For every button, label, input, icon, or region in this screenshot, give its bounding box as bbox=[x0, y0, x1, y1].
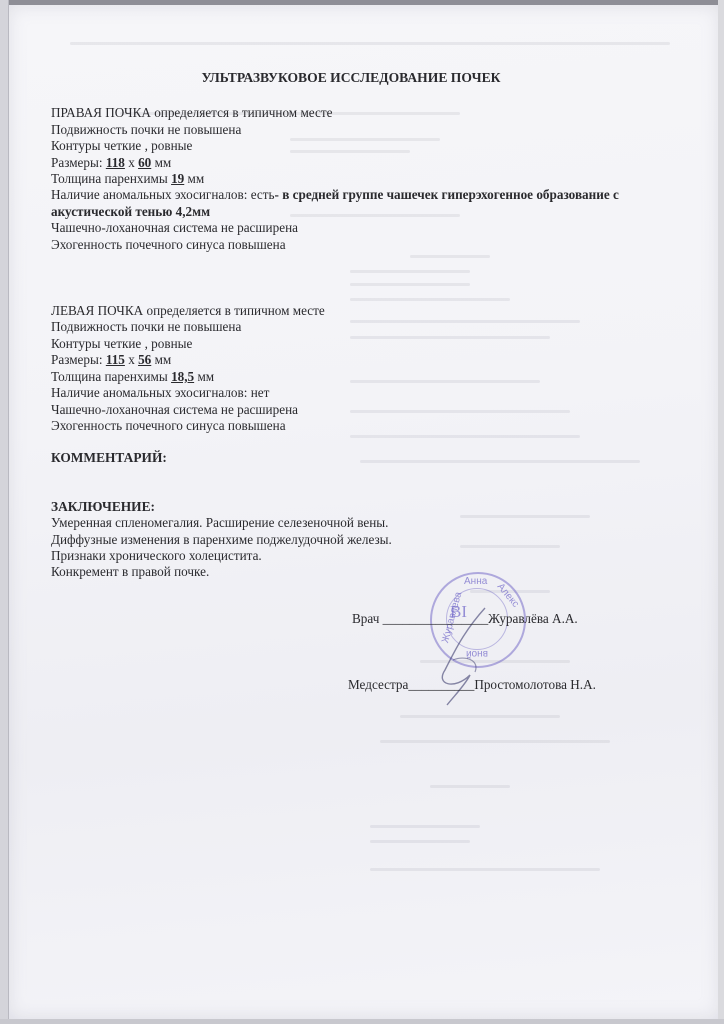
conclusion-section: ЗАКЛЮЧЕНИЕ: Умеренная спленомегалия. Рас… bbox=[51, 499, 701, 581]
size-length: 115 bbox=[106, 352, 125, 367]
location-text: определяется в типичном месте bbox=[151, 105, 333, 120]
right-kidney-size: Размеры: 118 х 60 мм bbox=[51, 155, 701, 171]
conclusion-line: Диффузные изменения в паренхиме поджелуд… bbox=[51, 532, 701, 548]
left-kidney-pelvis: Чашечно-лоханочная система не расширена bbox=[51, 402, 701, 418]
left-kidney-contours: Контуры четкие , ровные bbox=[51, 336, 701, 352]
scan-right-edge bbox=[718, 0, 724, 1024]
spacer bbox=[51, 253, 701, 303]
spacer bbox=[51, 434, 701, 450]
spacer bbox=[51, 483, 701, 499]
conclusion-line: Признаки хронического холецистита. bbox=[51, 548, 701, 564]
stamp-top-text: Анна bbox=[464, 576, 487, 587]
parenchyma-unit: мм bbox=[194, 369, 214, 384]
parenchyma-label: Толщина паренхимы bbox=[51, 171, 171, 186]
size-label: Размеры: bbox=[51, 155, 106, 170]
nurse-signature-line: Медсестра__________Простомолотова Н.А. bbox=[348, 677, 596, 693]
conclusion-line: Конкремент в правой почке. bbox=[51, 564, 701, 580]
nurse-name: Простомолотова Н.А. bbox=[474, 677, 596, 692]
size-unit: мм bbox=[151, 352, 171, 367]
report-body: УЛЬТРАЗВУКОВОЕ ИССЛЕДОВАНИЕ ПОЧЕК ПРАВАЯ… bbox=[51, 70, 701, 581]
echo-detail: - в средней группе чашечек гиперэхогенно… bbox=[275, 187, 619, 202]
left-kidney-mobility: Подвижность почки не повышена bbox=[51, 319, 701, 335]
echo-label: Наличие аномальных эхосигналов: есть bbox=[51, 187, 275, 202]
scan-left-edge bbox=[0, 0, 9, 1024]
right-kidney-mobility: Подвижность почки не повышена bbox=[51, 122, 701, 138]
right-kidney-parenchyma: Толщина паренхимы 19 мм bbox=[51, 171, 701, 187]
parenchyma-value: 18,5 bbox=[171, 369, 194, 384]
size-sep: х bbox=[125, 352, 138, 367]
left-kidney-section: ЛЕВАЯ ПОЧКА определяется в типичном мест… bbox=[51, 303, 701, 434]
right-kidney-pelvis: Чашечно-лоханочная система не расширена bbox=[51, 220, 701, 236]
right-kidney-section: ПРАВАЯ ПОЧКА определяется в типичном мес… bbox=[51, 105, 701, 253]
size-sep: х bbox=[125, 155, 138, 170]
size-unit: мм bbox=[151, 155, 171, 170]
size-width: 56 bbox=[138, 352, 151, 367]
left-kidney-echo: Наличие аномальных эхосигналов: нет bbox=[51, 385, 701, 401]
left-kidney-sinus: Эхогенность почечного синуса повышена bbox=[51, 418, 701, 434]
scan-top-edge bbox=[0, 0, 724, 5]
nurse-label: Медсестра bbox=[348, 677, 408, 692]
spacer bbox=[51, 467, 701, 483]
right-kidney-echo-cont: акустической тенью 4,2мм bbox=[51, 204, 701, 220]
right-kidney-echo: Наличие аномальных эхосигналов: есть- в … bbox=[51, 187, 701, 203]
doctor-name: Журавлёва А.А. bbox=[488, 611, 578, 626]
nurse-signature-blank: __________ bbox=[408, 677, 474, 692]
size-label: Размеры: bbox=[51, 352, 106, 367]
left-kidney-size: Размеры: 115 х 56 мм bbox=[51, 352, 701, 368]
doctor-label: Врач bbox=[352, 611, 379, 626]
conclusion-heading: ЗАКЛЮЧЕНИЕ: bbox=[51, 499, 701, 515]
right-kidney-sinus: Эхогенность почечного синуса повышена bbox=[51, 237, 701, 253]
location-text: определяется в типичном месте bbox=[143, 303, 325, 318]
parenchyma-label: Толщина паренхимы bbox=[51, 369, 171, 384]
scan-bottom-edge bbox=[0, 1019, 724, 1024]
doctor-signature-blank: ________________ bbox=[383, 611, 489, 626]
doctor-signature-line: Врач ________________Журавлёва А.А. bbox=[352, 611, 578, 627]
right-kidney-heading: ПРАВАЯ ПОЧКА bbox=[51, 105, 151, 120]
size-width: 60 bbox=[138, 155, 151, 170]
left-kidney-heading: ЛЕВАЯ ПОЧКА bbox=[51, 303, 143, 318]
left-kidney-location: ЛЕВАЯ ПОЧКА определяется в типичном мест… bbox=[51, 303, 701, 319]
comment-heading: КОММЕНТАРИЙ: bbox=[51, 450, 701, 466]
parenchyma-unit: мм bbox=[184, 171, 204, 186]
report-title: УЛЬТРАЗВУКОВОЕ ИССЛЕДОВАНИЕ ПОЧЕК bbox=[51, 70, 651, 86]
size-length: 118 bbox=[106, 155, 125, 170]
right-kidney-location: ПРАВАЯ ПОЧКА определяется в типичном мес… bbox=[51, 105, 701, 121]
left-kidney-parenchyma: Толщина паренхимы 18,5 мм bbox=[51, 369, 701, 385]
right-kidney-contours: Контуры четкие , ровные bbox=[51, 138, 701, 154]
parenchyma-value: 19 bbox=[171, 171, 184, 186]
conclusion-line: Умеренная спленомегалия. Расширение селе… bbox=[51, 515, 701, 531]
